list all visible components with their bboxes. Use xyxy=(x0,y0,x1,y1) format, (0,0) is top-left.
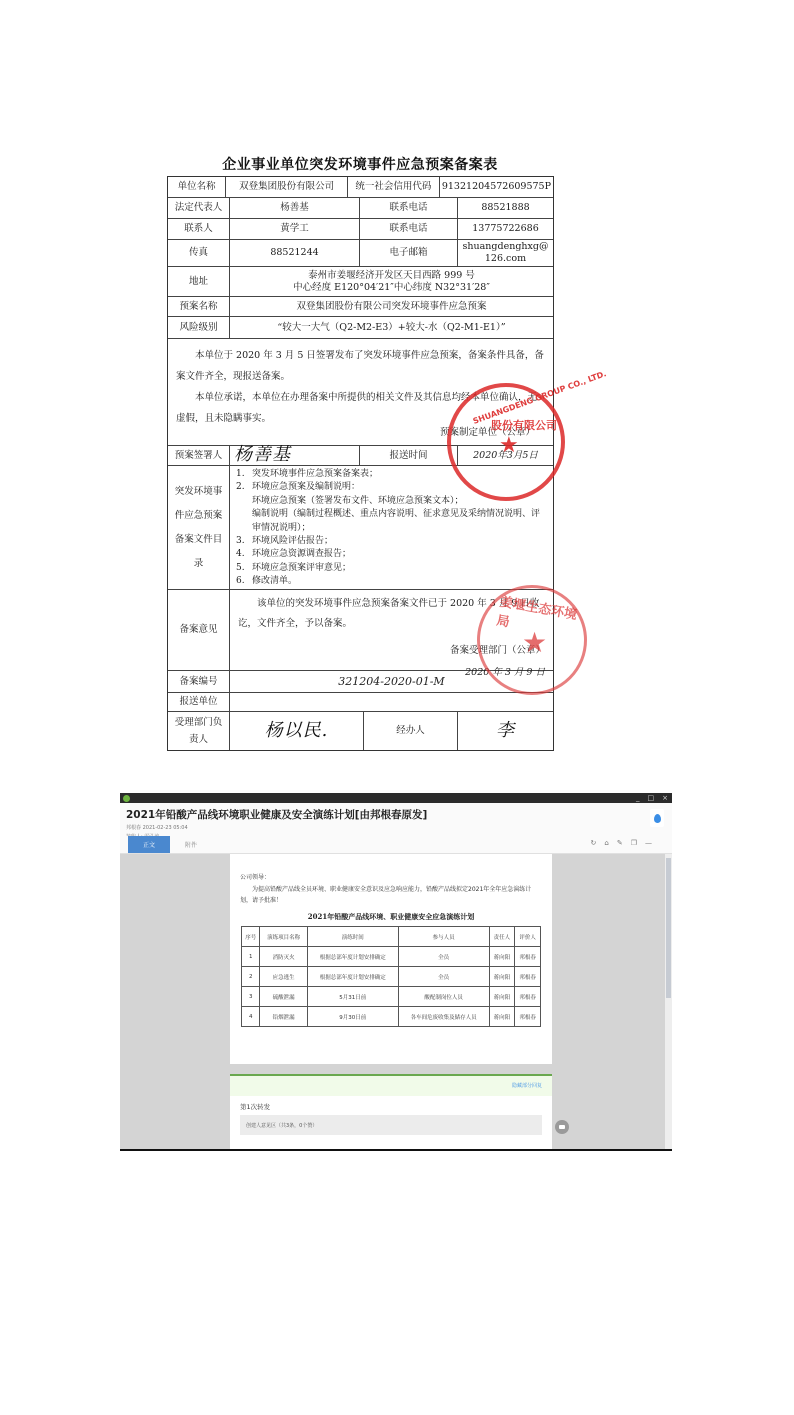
contact-label: 联系人 xyxy=(168,219,230,239)
phone1-label: 联系电话 xyxy=(360,198,458,218)
table-header-cell: 参与人员 xyxy=(398,927,489,947)
table-cell: 邦根春 xyxy=(515,967,541,987)
file-list-text: 环境风险评估报告； xyxy=(252,536,333,546)
table-cell: 酸配制岗位人员 xyxy=(398,987,489,1007)
opinion-dept: 备案受理部门（公章） xyxy=(238,640,545,662)
toolbar: ↻ ⌂ ✎ ❐ — xyxy=(591,839,652,847)
address-line1: 泰州市姜堰经济开发区天目西路 999 号 xyxy=(308,270,475,282)
file-list-item: 编制说明（编制过程概述、重点内容说明、征求意见及采纳情况说明、评审情况说明）； xyxy=(236,508,547,535)
table-row: 2应急逃生根据总部年度计划安排确定全员蒋向阳邦根春 xyxy=(242,967,541,987)
feedback-heading: 第1次转发 xyxy=(230,1096,552,1115)
chat-button[interactable] xyxy=(555,1120,569,1134)
file-list-label-text: 突发环境事件应急预案备案文件目录 xyxy=(174,480,224,576)
window-buttons: _ □ × xyxy=(636,794,668,802)
table-cell: 蒋向阳 xyxy=(489,947,515,967)
plan-table: 序号演练项目名称演练时间参与人员责任人评价人 1消防灭火根据总部年度计划安排确定… xyxy=(241,926,541,1027)
refresh-icon[interactable]: ↻ xyxy=(591,839,597,847)
table-header-cell: 演练时间 xyxy=(307,927,398,947)
file-list-label: 突发环境事件应急预案备案文件目录 xyxy=(168,466,230,589)
tab-attachments[interactable]: 附件 xyxy=(170,836,212,853)
risk-level-value: “较大一大气（Q2-M2-E3）+较大-水（Q2-M1-E1）” xyxy=(230,317,553,338)
app-screenshot: _ □ × 2021年铅酸产品线环境职业健康及安全演练计划[由邦根春原发] 邦根… xyxy=(120,793,672,1151)
signer-signature: 杨善基 xyxy=(230,446,360,465)
risk-level-label: 风险级别 xyxy=(168,317,230,338)
table-cell: 全员 xyxy=(398,967,489,987)
document-title: 2021年铅酸产品线环境职业健康及安全演练计划[由邦根春原发] xyxy=(126,807,666,822)
submit-time-label: 报送时间 xyxy=(360,446,458,465)
table-cell: 根据总部年度计划安排确定 xyxy=(307,967,398,987)
edit-icon[interactable]: ✎ xyxy=(617,839,623,847)
copy-icon[interactable]: ❐ xyxy=(631,839,637,847)
signer-label: 预案签署人 xyxy=(168,446,230,465)
file-list-item: 2.环境应急预案及编制说明： xyxy=(236,481,360,494)
filing-form: 单位名称 双登集团股份有限公司 统一社会信用代码 913212045726095… xyxy=(167,176,554,751)
unit-name-value: 双登集团股份有限公司 xyxy=(226,177,348,197)
file-list-number: 6. xyxy=(236,575,252,588)
row-declaration: 本单位于 2020 年 3 月 5 日签署发布了突发环境事件应急预案，备案条件具… xyxy=(168,339,553,446)
row-unit-name: 单位名称 双登集团股份有限公司 统一社会信用代码 913212045726095… xyxy=(168,177,553,198)
hide-replies-link[interactable]: 隐藏部分回复 xyxy=(512,1083,542,1089)
opinion-label: 备案意见 xyxy=(168,590,230,670)
table-row: 1消防灭火根据总部年度计划安排确定全员蒋向阳邦根春 xyxy=(242,947,541,967)
form-title: 企业事业单位突发环境事件应急预案备案表 xyxy=(160,154,560,174)
opinion-text: 该单位的突发环境事件应急预案备案文件已于 2020 年 3 月 9 日收讫，文件… xyxy=(238,594,545,634)
file-list-text: 环境应急预案（签署发布文件、环境应急预案文本）； xyxy=(252,496,464,506)
table-header-cell: 序号 xyxy=(242,927,260,947)
unit-name-label: 单位名称 xyxy=(168,177,226,197)
row-dept-head: 受理部门负责人 杨以民. 经办人 李 xyxy=(168,712,553,750)
more-icon[interactable]: — xyxy=(645,839,652,847)
scrollbar-thumb[interactable] xyxy=(666,858,671,998)
table-cell: 硫酸泄漏 xyxy=(260,987,307,1007)
submit-time-value: 2020年3月5日 xyxy=(458,446,553,465)
dept-head-label: 受理部门负责人 xyxy=(168,712,230,750)
table-cell: 邦根春 xyxy=(515,947,541,967)
table-cell: 2 xyxy=(242,967,260,987)
phone2-label: 联系电话 xyxy=(360,219,458,239)
file-list-item: 环境应急预案（签署发布文件、环境应急预案文本）； xyxy=(236,495,464,508)
file-list-number: 4. xyxy=(236,548,252,561)
file-list-item: 5.环境应急预案评审意见； xyxy=(236,562,351,575)
declaration-block: 本单位于 2020 年 3 月 5 日签署发布了突发环境事件应急预案，备案条件具… xyxy=(168,339,553,445)
table-cell: 5月31日前 xyxy=(307,987,398,1007)
record-no-label: 备案编号 xyxy=(168,671,230,692)
submit-unit-value xyxy=(230,693,553,711)
table-cell: 4 xyxy=(242,1007,260,1027)
row-file-list: 突发环境事件应急预案备案文件目录 1.突发环境事件应急预案备案表；2.环境应急预… xyxy=(168,466,553,590)
maximize-icon[interactable]: □ xyxy=(648,794,655,802)
window-titlebar: _ □ × xyxy=(120,793,672,803)
declaration-para1: 本单位于 2020 年 3 月 5 日签署发布了突发环境事件应急预案，备案条件具… xyxy=(176,345,545,387)
handler-signature: 李 xyxy=(458,712,553,750)
opinion-date: 2020 年 3 月 9 日 xyxy=(238,662,545,684)
table-cell: 蒋向阳 xyxy=(489,987,515,1007)
table-cell: 蒋向阳 xyxy=(489,967,515,987)
table-cell: 全员 xyxy=(398,947,489,967)
table-header-row: 序号演练项目名称演练时间参与人员责任人评价人 xyxy=(242,927,541,947)
row-contact: 联系人 黄学工 联系电话 13775722686 xyxy=(168,219,553,240)
fax-label: 传真 xyxy=(168,240,230,266)
table-cell: 消防灭火 xyxy=(260,947,307,967)
greeting: 公司领导： xyxy=(240,872,542,881)
phone1-value: 88521888 xyxy=(458,198,553,218)
credit-code-label: 统一社会信用代码 xyxy=(348,177,440,197)
handler-label: 经办人 xyxy=(364,712,458,750)
document-meta-author: 邦根春 2021-02-23 05:04 xyxy=(126,824,666,831)
feedback-bar: 隐藏部分回复 xyxy=(230,1076,552,1096)
row-submit-unit: 报送单位 xyxy=(168,693,553,712)
plan-table-title: 2021年铅酸产品线环境、职业健康安全应急演练计划 xyxy=(240,912,542,922)
close-icon[interactable]: × xyxy=(662,794,668,802)
email-label: 电子邮箱 xyxy=(360,240,458,266)
comment-box[interactable]: 创建人意见区（共3条，0个赞） xyxy=(240,1115,542,1135)
row-risk-level: 风险级别 “较大一大气（Q2-M2-E3）+较大-水（Q2-M1-E1）” xyxy=(168,317,553,339)
contact-value: 黄学工 xyxy=(230,219,360,239)
table-cell: 1 xyxy=(242,947,260,967)
fax-value: 88521244 xyxy=(230,240,360,266)
tab-bar: 正文 附件 ↻ ⌂ ✎ ❐ — xyxy=(120,836,672,854)
row-fax: 传真 88521244 电子邮箱 shuangdenghxg@126.com xyxy=(168,240,553,267)
app-icon xyxy=(123,795,130,802)
file-list-number: 3. xyxy=(236,535,252,548)
dept-head-signature: 杨以民. xyxy=(230,712,364,750)
phone2-value: 13775722686 xyxy=(458,219,553,239)
location-pin-icon xyxy=(654,814,661,823)
file-list-item: 1.突发环境事件应急预案备案表； xyxy=(236,468,378,481)
vertical-scrollbar[interactable] xyxy=(665,854,672,1151)
file-list-text: 突发环境事件应急预案备案表； xyxy=(252,469,378,479)
row-opinion: 备案意见 该单位的突发环境事件应急预案备案文件已于 2020 年 3 月 9 日… xyxy=(168,590,553,671)
file-list-number: 2. xyxy=(236,481,252,494)
plan-name-value: 双登集团股份有限公司突发环境事件应急预案 xyxy=(230,297,553,316)
table-cell: 根据总部年度计划安排确定 xyxy=(307,947,398,967)
file-list-text: 修改清单。 xyxy=(252,576,297,586)
home-icon[interactable]: ⌂ xyxy=(604,839,608,847)
screenshot-bottom-border xyxy=(120,1149,672,1151)
file-list-number: 1. xyxy=(236,468,252,481)
file-list-text: 环境应急预案评审意见； xyxy=(252,563,351,573)
intro-text: 为提高铅酸产品线全员环境、职业健康安全意识及应急响应能力，铅酸产品线拟定2021… xyxy=(240,884,542,906)
table-cell: 铅烟泄漏 xyxy=(260,1007,307,1027)
document-page: 公司领导： 为提高铅酸产品线全员环境、职业健康安全意识及应急响应能力，铅酸产品线… xyxy=(230,854,552,1064)
row-address: 地址 泰州市姜堰经济开发区天目西路 999 号 中心经度 E120°04′21″… xyxy=(168,267,553,297)
file-list-item: 3.环境风险评估报告； xyxy=(236,535,333,548)
table-header-cell: 评价人 xyxy=(515,927,541,947)
minimize-icon[interactable]: _ xyxy=(636,794,640,802)
chat-icon xyxy=(559,1125,565,1129)
table-cell: 应急逃生 xyxy=(260,967,307,987)
address-label: 地址 xyxy=(168,267,230,296)
dept-head-label-text: 受理部门负责人 xyxy=(175,714,223,748)
address-line2: 中心经度 E120°04′21″中心纬度 N32°31′28″ xyxy=(293,282,490,294)
pin-button[interactable] xyxy=(650,809,664,827)
legal-rep-value: 杨善基 xyxy=(230,198,360,218)
file-list-text: 环境应急资源调查报告； xyxy=(252,549,351,559)
document-header: 2021年铅酸产品线环境职业健康及安全演练计划[由邦根春原发] 邦根春 2021… xyxy=(120,803,672,836)
file-list-item: 4.环境应急资源调查报告； xyxy=(236,548,351,561)
email-value: shuangdenghxg@126.com xyxy=(458,240,553,266)
row-legal-rep: 法定代表人 杨善基 联系电话 88521888 xyxy=(168,198,553,219)
tab-body[interactable]: 正文 xyxy=(128,836,170,853)
file-list-item: 6.修改清单。 xyxy=(236,575,297,588)
table-row: 3硫酸泄漏5月31日前酸配制岗位人员蒋向阳邦根春 xyxy=(242,987,541,1007)
file-list-number: 5. xyxy=(236,562,252,575)
table-cell: 邦根春 xyxy=(515,987,541,1007)
table-cell: 蒋向阳 xyxy=(489,1007,515,1027)
table-cell: 各车间危废收集及储存人员 xyxy=(398,1007,489,1027)
table-cell: 3 xyxy=(242,987,260,1007)
credit-code-value: 91321204572609575P xyxy=(440,177,553,197)
table-header-cell: 演练项目名称 xyxy=(260,927,307,947)
submit-unit-label: 报送单位 xyxy=(168,693,230,711)
file-list: 1.突发环境事件应急预案备案表；2.环境应急预案及编制说明：环境应急预案（签署发… xyxy=(230,466,553,589)
file-list-text: 环境应急预案及编制说明： xyxy=(252,482,360,492)
seal-caption: 预案制定单位（公章） xyxy=(440,422,535,443)
opinion-block: 该单位的突发环境事件应急预案备案文件已于 2020 年 3 月 9 日收讫，文件… xyxy=(230,590,553,670)
feedback-section: 隐藏部分回复 第1次转发 创建人意见区（共3条，0个赞） xyxy=(230,1074,552,1151)
table-cell: 9月30日前 xyxy=(307,1007,398,1027)
plan-name-label: 预案名称 xyxy=(168,297,230,316)
row-signer: 预案签署人 杨善基 报送时间 2020年3月5日 xyxy=(168,446,553,466)
table-row: 4铅烟泄漏9月30日前各车间危废收集及储存人员蒋向阳邦根春 xyxy=(242,1007,541,1027)
file-list-text: 编制说明（编制过程概述、重点内容说明、征求意见及采纳情况说明、评审情况说明）； xyxy=(252,509,540,532)
table-header-cell: 责任人 xyxy=(489,927,515,947)
row-plan-name: 预案名称 双登集团股份有限公司突发环境事件应急预案 xyxy=(168,297,553,317)
table-cell: 邦根春 xyxy=(515,1007,541,1027)
address-value: 泰州市姜堰经济开发区天目西路 999 号 中心经度 E120°04′21″中心纬… xyxy=(230,267,553,296)
legal-rep-label: 法定代表人 xyxy=(168,198,230,218)
